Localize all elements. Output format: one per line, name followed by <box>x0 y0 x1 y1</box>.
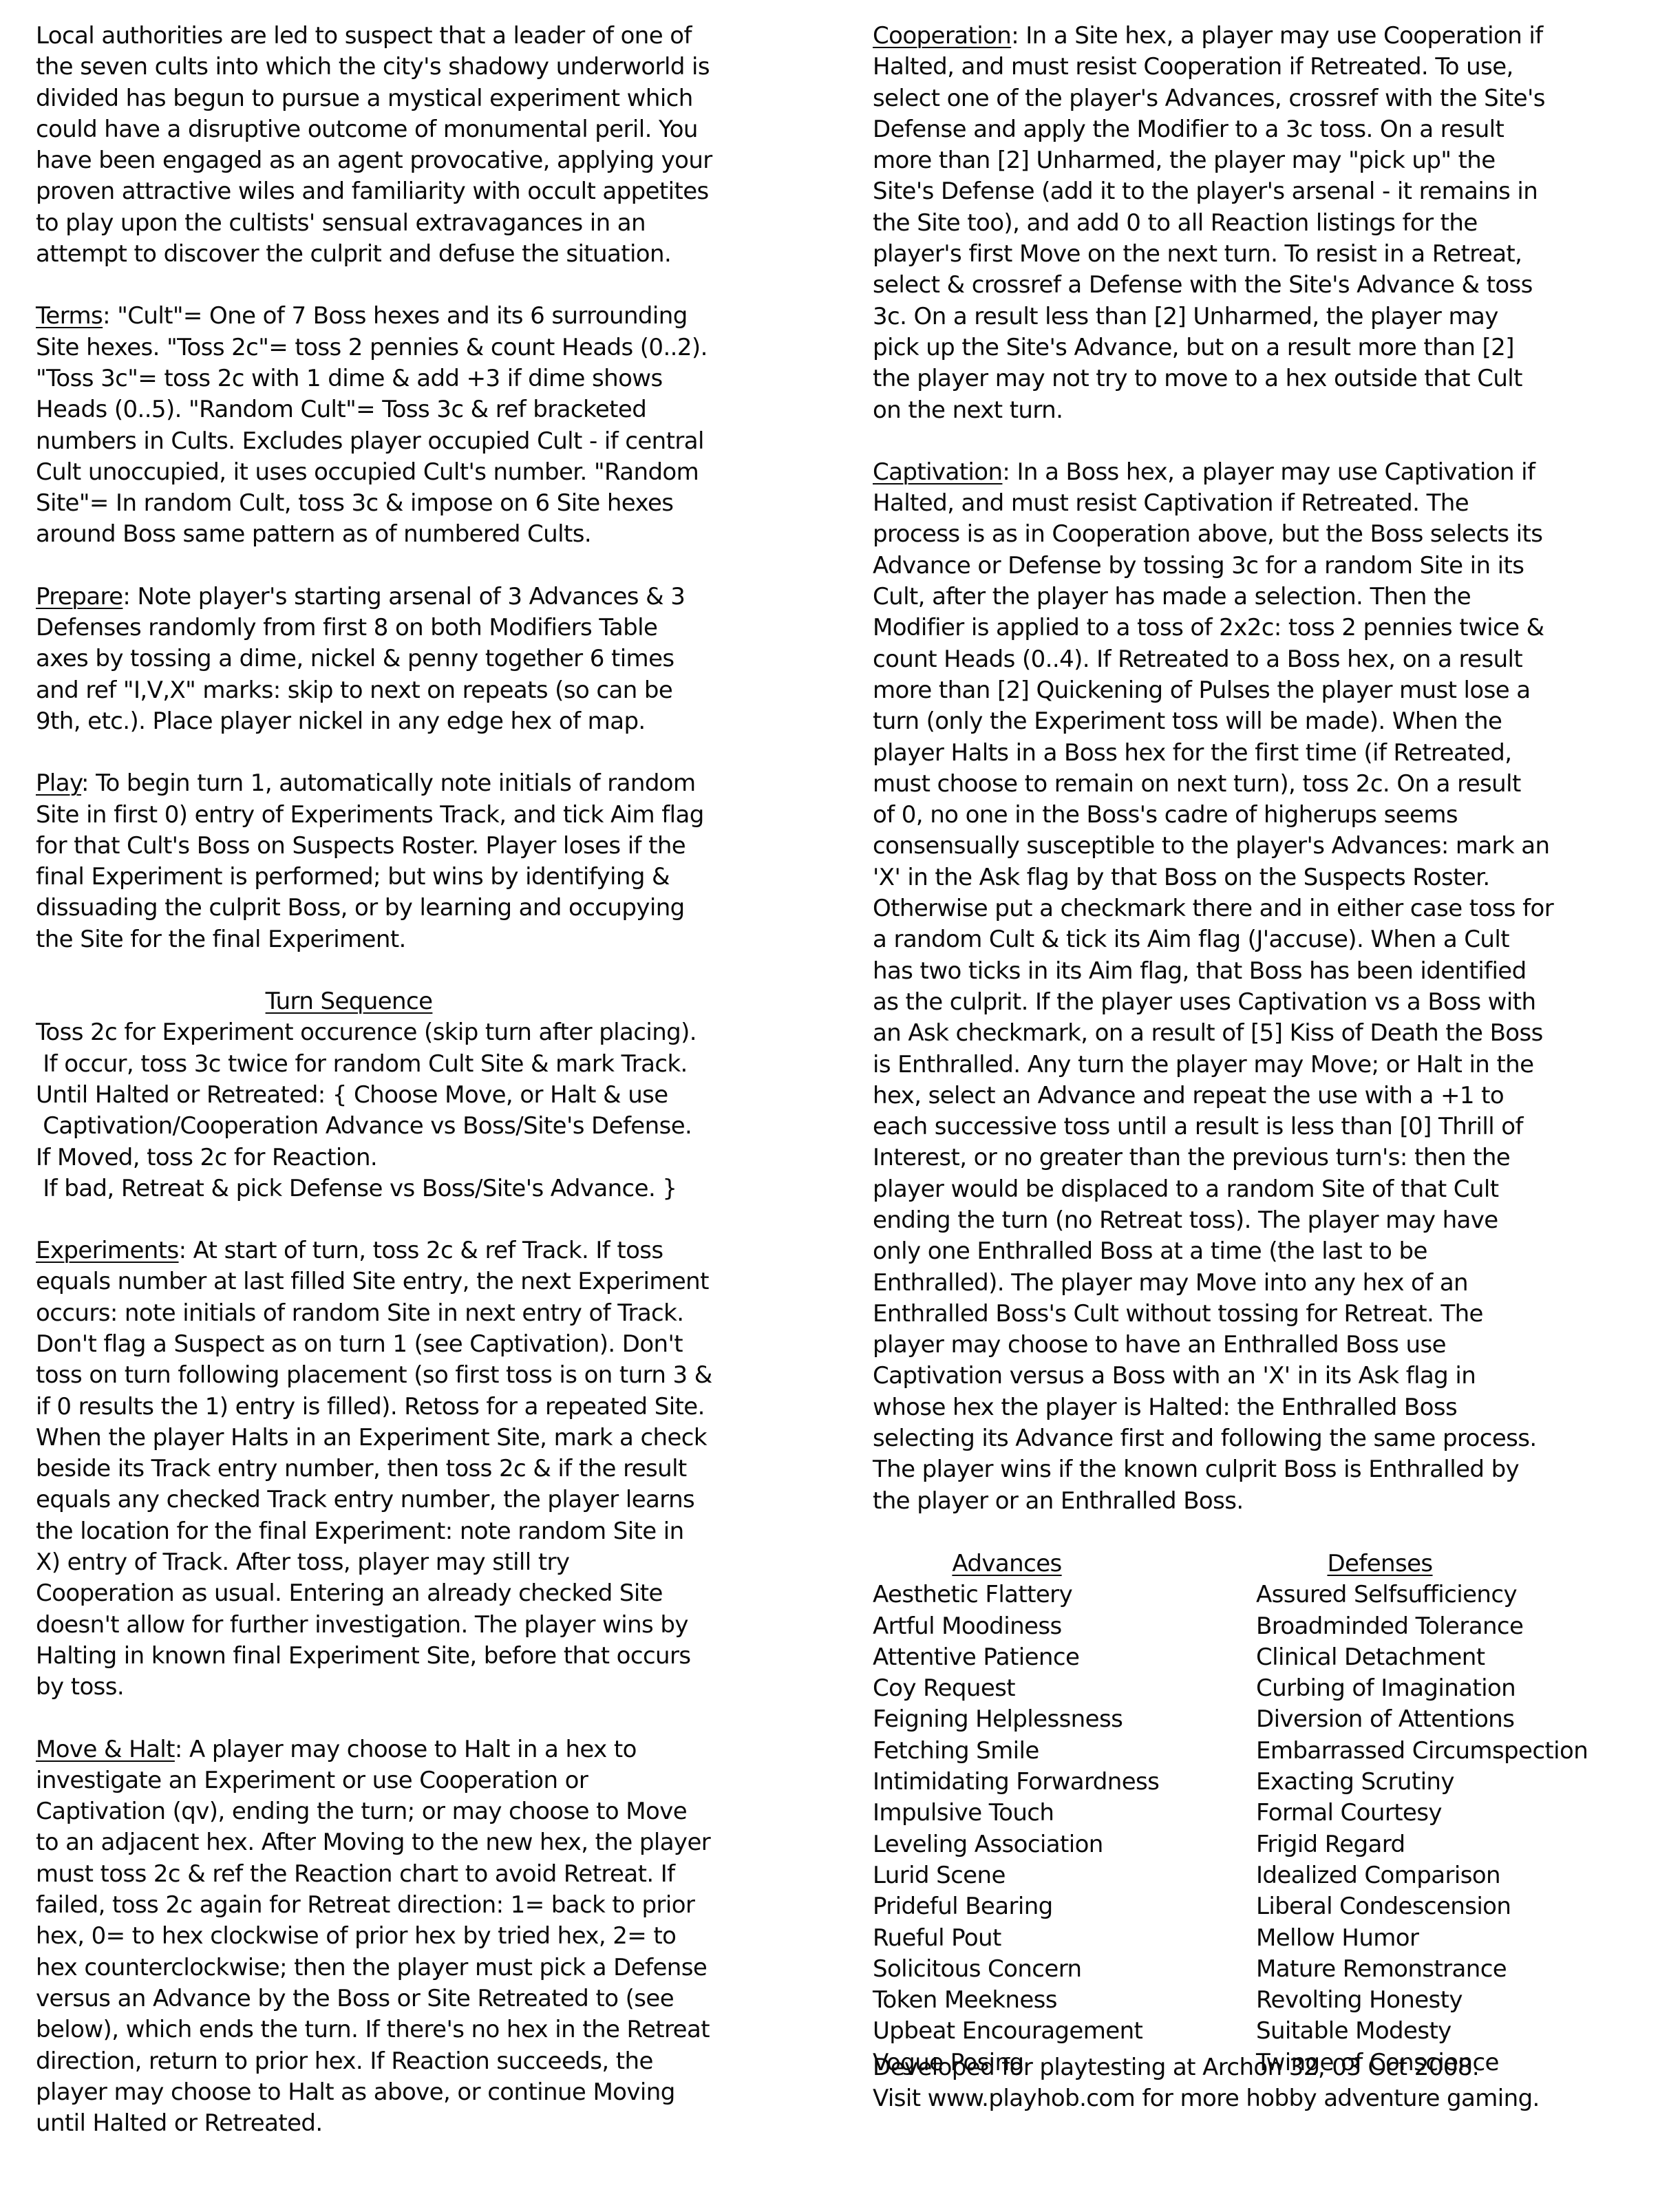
text-line: an Ask checkmark, on a result of [5] Kis… <box>873 1018 1664 1049</box>
cooperation-first-line: Cooperation: In a Site hex, a player may… <box>873 21 1664 52</box>
intro-paragraph: Local authorities are led to suspect tha… <box>36 21 827 270</box>
text-line: player would be displaced to a random Si… <box>873 1174 1664 1205</box>
text-line: divided has begun to pursue a mystical e… <box>36 83 827 114</box>
text-line: the player may not try to move to a hex … <box>873 363 1664 394</box>
terms-heading: Terms <box>36 302 103 330</box>
text-line: axes by tossing a dime, nickel & penny t… <box>36 643 827 674</box>
text-line: the player or an Enthralled Boss. <box>873 1486 1664 1517</box>
text-line: must toss 2c & ref the Reaction chart to… <box>36 1859 827 1890</box>
text-line: occurs: note initials of random Site in … <box>36 1298 827 1329</box>
move-halt-heading: Move & Halt <box>36 1736 175 1763</box>
text-line: the Site for the final Experiment. <box>36 924 827 955</box>
defense-item: Liberal Condescension <box>1256 1891 1588 1922</box>
prepare-first-line: Prepare: Note player's starting arsenal … <box>36 582 827 613</box>
text-line: Don't flag a Suspect as on turn 1 (see C… <box>36 1329 827 1360</box>
text-line: 3c. On a result less than [2] Unharmed, … <box>873 301 1664 332</box>
text-line: the location for the final Experiment: n… <box>36 1516 827 1547</box>
text-line: The player wins if the known culprit Bos… <box>873 1454 1664 1485</box>
advances-items: Aesthetic FlatteryArtful MoodinessAttent… <box>873 1579 1159 2078</box>
captivation-section: Captivation: In a Boss hex, a player may… <box>873 457 1664 1517</box>
defense-item: Clinical Detachment <box>1256 1642 1588 1673</box>
defense-item: Frigid Regard <box>1256 1829 1588 1860</box>
text-line: the seven cults into which the city's sh… <box>36 52 827 83</box>
text-line: "Toss 3c"= toss 2c with 1 dime & add +3 … <box>36 363 827 394</box>
text-line: Interest, or no greater than the previou… <box>873 1142 1664 1173</box>
text-line: selecting its Advance first and followin… <box>873 1423 1664 1454</box>
text-line: X) entry of Track. After toss, player ma… <box>36 1547 827 1578</box>
text-line: failed, toss 2c again for Retreat direct… <box>36 1890 827 1921</box>
modifier-lists: Advances Aesthetic FlatteryArtful Moodin… <box>873 1549 1664 2085</box>
text-line: and ref "I,V,X" marks: skip to next on r… <box>36 675 827 706</box>
text-line: doesn't allow for further investigation.… <box>36 1610 827 1641</box>
defense-item: Idealized Comparison <box>1256 1860 1588 1891</box>
text-line: dissuading the culprit Boss, or by learn… <box>36 893 827 924</box>
text-line: each successive toss until a result is l… <box>873 1111 1664 1142</box>
defense-item: Suitable Modesty <box>1256 2016 1588 2047</box>
defense-item: Exacting Scrutiny <box>1256 1767 1588 1798</box>
text-line: for that Cult's Boss on Suspects Roster.… <box>36 831 827 862</box>
experiments-body: equals number at last filled Site entry,… <box>36 1266 827 1703</box>
text-line: Defense and apply the Modifier to a 3c t… <box>873 114 1664 145</box>
move-halt-section: Move & Halt: A player may choose to Halt… <box>36 1734 827 2140</box>
text-line: pick up the Site's Advance, but on a res… <box>873 332 1664 363</box>
text-line: 'X' in the Ask flag by that Boss on the … <box>873 862 1664 893</box>
text-line: hex, select an Advance and repeat the us… <box>873 1081 1664 1111</box>
text-line: have been engaged as an agent provocativ… <box>36 145 827 176</box>
captivation-heading: Captivation <box>873 458 1002 486</box>
text-line: on the next turn. <box>873 395 1664 426</box>
text-line: player Halts in a Boss hex for the first… <box>873 738 1664 769</box>
text-line: Cult unoccupied, it uses occupied Cult's… <box>36 457 827 488</box>
captivation-body: Halted, and must resist Captivation if R… <box>873 488 1664 1517</box>
text-line: Enthralled). The player may Move into an… <box>873 1268 1664 1299</box>
text-line: Site's Defense (add it to the player's a… <box>873 176 1664 207</box>
text-line: direction, return to prior hex. If React… <box>36 2046 827 2077</box>
text-line: beside its Track entry number, then toss… <box>36 1454 827 1484</box>
text-line: hex, 0= to hex clockwise of prior hex by… <box>36 1921 827 1952</box>
advance-item: Solicitous Concern <box>873 1954 1159 1985</box>
text-line: Enthralled Boss's Cult without tossing f… <box>873 1299 1664 1330</box>
text-line: player's first Move on the next turn. To… <box>873 239 1664 270</box>
text-line: Toss 2c for Experiment occurence (skip t… <box>36 1017 827 1048</box>
text-line: around Boss same pattern as of numbered … <box>36 519 827 550</box>
footer-website: Visit www.playhob.com for more hobby adv… <box>873 2083 1540 2114</box>
play-section: Play: To begin turn 1, automatically not… <box>36 768 827 955</box>
turn-sequence-title-line: Turn Sequence <box>36 986 827 1017</box>
terms-body: Site hexes. "Toss 2c"= toss 2 pennies & … <box>36 332 827 551</box>
text-line: If Moved, toss 2c for Reaction. <box>36 1142 827 1173</box>
text-line: hex counterclockwise; then the player mu… <box>36 1952 827 1983</box>
advance-item: Feigning Helplessness <box>873 1704 1159 1735</box>
text-line: equals number at last filled Site entry,… <box>36 1266 827 1297</box>
text-line: whose hex the player is Halted: the Enth… <box>873 1392 1664 1423</box>
text-line: investigate an Experiment or use Coopera… <box>36 1765 827 1796</box>
defense-item: Revolting Honesty <box>1256 1985 1588 2016</box>
left-column: Local authorities are led to suspect tha… <box>36 21 827 2170</box>
advance-item: Coy Request <box>873 1673 1159 1704</box>
text-line: attempt to discover the culprit and defu… <box>36 239 827 270</box>
text-line: Cult, after the player has made a select… <box>873 582 1664 613</box>
text-line: Heads (0..5). "Random Cult"= Toss 3c & r… <box>36 394 827 425</box>
text-line: must choose to remain on next turn), tos… <box>873 769 1664 800</box>
advance-item: Token Meekness <box>873 1985 1159 2016</box>
text-line: Advance or Defense by tossing 3c for a r… <box>873 551 1664 582</box>
text-line: could have a disruptive outcome of monum… <box>36 114 827 145</box>
text-line: player may choose to Halt as above, or c… <box>36 2077 827 2108</box>
text-line: is Enthralled. Any turn the player may M… <box>873 1050 1664 1081</box>
advance-item: Leveling Association <box>873 1829 1159 1860</box>
advance-item: Fetching Smile <box>873 1736 1159 1767</box>
text-line: process is as in Cooperation above, but … <box>873 519 1664 550</box>
advance-item: Prideful Bearing <box>873 1891 1159 1922</box>
footer-credit: Developed for playtesting at Archon 32, … <box>873 2052 1540 2083</box>
text-line: by toss. <box>36 1672 827 1703</box>
text-line: has two ticks in its Aim flag, that Boss… <box>873 956 1664 987</box>
text-line: toss on turn following placement (so fir… <box>36 1360 827 1391</box>
text-line: 9th, etc.). Place player nickel in any e… <box>36 706 827 737</box>
prepare-section: Prepare: Note player's starting arsenal … <box>36 582 827 737</box>
text-line: If bad, Retreat & pick Defense vs Boss/S… <box>36 1173 827 1204</box>
advances-title: Advances <box>952 1550 1061 1577</box>
text-line: Until Halted or Retreated: { Choose Move… <box>36 1080 827 1111</box>
text-line: below), which ends the turn. If there's … <box>36 2014 827 2045</box>
defense-item: Embarrassed Circumspection <box>1256 1736 1588 1767</box>
defense-item: Formal Courtesy <box>1256 1798 1588 1829</box>
terms-section: Terms: "Cult"= One of 7 Boss hexes and i… <box>36 301 827 550</box>
text-line: consensually susceptible to the player's… <box>873 831 1664 862</box>
text-line: as the culprit. If the player uses Capti… <box>873 987 1664 1018</box>
experiments-heading: Experiments <box>36 1237 179 1264</box>
text-line: Halting in known final Experiment Site, … <box>36 1641 827 1672</box>
text-line: When the player Halts in an Experiment S… <box>36 1423 827 1454</box>
turn-sequence-heading: Turn Sequence <box>266 988 433 1015</box>
text-line: to an adjacent hex. After Moving to the … <box>36 1827 827 1858</box>
text-line: select & crossref a Defense with the Sit… <box>873 270 1664 301</box>
advance-item: Intimidating Forwardness <box>873 1767 1159 1798</box>
text-line: Otherwise put a checkmark there and in e… <box>873 893 1664 924</box>
move-halt-first-line: Move & Halt: A player may choose to Halt… <box>36 1734 827 1765</box>
advances-list: Advances Aesthetic FlatteryArtful Moodin… <box>873 1549 1159 2078</box>
experiments-section: Experiments: At start of turn, toss 2c &… <box>36 1235 827 1703</box>
text-line: Local authorities are led to suspect tha… <box>36 21 827 52</box>
experiments-first-line: Experiments: At start of turn, toss 2c &… <box>36 1235 827 1266</box>
defenses-list: Defenses Assured SelfsufficiencyBroadmin… <box>1256 1549 1588 2078</box>
move-halt-body: investigate an Experiment or use Coopera… <box>36 1765 827 2140</box>
defense-item: Curbing of Imagination <box>1256 1673 1588 1704</box>
text-line: Captivation (qv), ending the turn; or ma… <box>36 1796 827 1827</box>
text-line: count Heads (0..4). If Retreated to a Bo… <box>873 644 1664 675</box>
turn-sequence-section: Turn Sequence Toss 2c for Experiment occ… <box>36 986 827 1204</box>
advance-item: Artful Moodiness <box>873 1611 1159 1642</box>
captivation-first-line: Captivation: In a Boss hex, a player may… <box>873 457 1664 488</box>
defense-item: Mature Remonstrance <box>1256 1954 1588 1985</box>
text-line: if 0 results the 1) entry is filled). Re… <box>36 1392 827 1423</box>
text-line: until Halted or Retreated. <box>36 2108 827 2139</box>
advance-item: Rueful Pout <box>873 1923 1159 1954</box>
text-line: player may choose to have an Enthralled … <box>873 1330 1664 1361</box>
defense-item: Diversion of Attentions <box>1256 1704 1588 1735</box>
text-line: of 0, no one in the Boss's cadre of high… <box>873 800 1664 831</box>
cooperation-heading: Cooperation <box>873 22 1011 50</box>
text-line: Modifier is applied to a toss of 2x2c: t… <box>873 613 1664 643</box>
text-line: numbers in Cults. Excludes player occupi… <box>36 426 827 457</box>
text-line: versus an Advance by the Boss or Site Re… <box>36 1983 827 2014</box>
text-line: the Site too), and add 0 to all Reaction… <box>873 208 1664 239</box>
prepare-heading: Prepare <box>36 583 123 610</box>
text-line: Captivation/Cooperation Advance vs Boss/… <box>36 1111 827 1142</box>
advance-item: Aesthetic Flattery <box>873 1579 1159 1610</box>
text-line: Cooperation as usual. Entering an alread… <box>36 1578 827 1609</box>
defense-item: Assured Selfsufficiency <box>1256 1579 1588 1610</box>
text-line: a random Cult & tick its Aim flag (J'acc… <box>873 924 1664 955</box>
text-line: Captivation versus a Boss with an 'X' in… <box>873 1361 1664 1392</box>
defenses-items: Assured SelfsufficiencyBroadminded Toler… <box>1256 1579 1588 2078</box>
footer: Developed for playtesting at Archon 32, … <box>873 2052 1540 2115</box>
text-line: ending the turn (no Retreat toss). The p… <box>873 1205 1664 1236</box>
text-line: If occur, toss 3c twice for random Cult … <box>36 1049 827 1080</box>
defenses-title: Defenses <box>1327 1550 1432 1577</box>
play-heading: Play <box>36 769 81 797</box>
play-first-line: Play: To begin turn 1, automatically not… <box>36 768 827 799</box>
advance-item: Impulsive Touch <box>873 1798 1159 1829</box>
text-line: Site hexes. "Toss 2c"= toss 2 pennies & … <box>36 332 827 363</box>
text-line: more than [2] Unharmed, the player may "… <box>873 145 1664 176</box>
text-line: Site in first 0) entry of Experiments Tr… <box>36 800 827 831</box>
advance-item: Attentive Patience <box>873 1642 1159 1673</box>
text-line: Halted, and must resist Captivation if R… <box>873 488 1664 519</box>
text-line: to play upon the cultists' sensual extra… <box>36 208 827 239</box>
cooperation-body: Halted, and must resist Cooperation if R… <box>873 52 1664 426</box>
text-line: only one Enthralled Boss at a time (the … <box>873 1236 1664 1267</box>
play-body: Site in first 0) entry of Experiments Tr… <box>36 800 827 955</box>
text-line: proven attractive wiles and familiarity … <box>36 176 827 207</box>
text-line: select one of the player's Advances, cro… <box>873 83 1664 114</box>
text-line: Defenses randomly from first 8 on both M… <box>36 613 827 643</box>
advance-item: Upbeat Encouragement <box>873 2016 1159 2047</box>
text-line: Site"= In random Cult, toss 3c & impose … <box>36 488 827 519</box>
turn-sequence-body: Toss 2c for Experiment occurence (skip t… <box>36 1017 827 1204</box>
terms-first-line: Terms: "Cult"= One of 7 Boss hexes and i… <box>36 301 827 332</box>
defense-item: Broadminded Tolerance <box>1256 1611 1588 1642</box>
prepare-body: Defenses randomly from first 8 on both M… <box>36 613 827 737</box>
text-line: more than [2] Quickening of Pulses the p… <box>873 675 1664 706</box>
defense-item: Mellow Humor <box>1256 1923 1588 1954</box>
text-line: final Experiment is performed; but wins … <box>36 862 827 893</box>
right-column: Cooperation: In a Site hex, a player may… <box>873 21 1664 1548</box>
text-line: turn (only the Experiment toss will be m… <box>873 706 1664 737</box>
text-line: Halted, and must resist Cooperation if R… <box>873 52 1664 83</box>
cooperation-section: Cooperation: In a Site hex, a player may… <box>873 21 1664 426</box>
text-line: equals any checked Track entry number, t… <box>36 1484 827 1515</box>
advance-item: Lurid Scene <box>873 1860 1159 1891</box>
